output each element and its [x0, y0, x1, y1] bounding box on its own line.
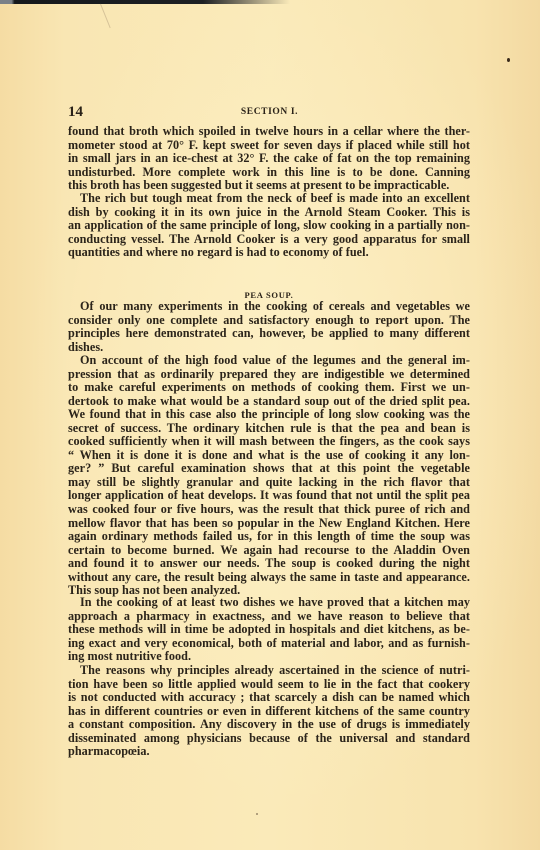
text-line: without any care, the result being alway… [68, 571, 470, 585]
text-line: We found that in this case also the prin… [68, 408, 470, 422]
text-line: an application of the same principle of … [68, 219, 470, 233]
text-line: undisturbed. More complete work in this … [68, 166, 470, 180]
text-line: ing exact and very economical, both of m… [68, 637, 470, 651]
text-line: again ordinary methods failed us, for in… [68, 530, 470, 544]
text-line: longer application of heat develops. It … [68, 489, 470, 503]
text-line: On account of the high food value of the… [68, 354, 470, 368]
paragraph-pharmacy: In the cooking of at least two dishes we… [68, 596, 470, 664]
text-line: in small jars in an ice-chest at 32° F. … [68, 152, 470, 166]
text-line: dertook to make what would be a standard… [68, 395, 470, 409]
paragraph-neck-of-beef: The rich but tough meat from the neck of… [68, 192, 470, 260]
text-line: consider only one complete and satisfact… [68, 314, 470, 328]
text-line: cooked sufficiently when it will mash be… [68, 435, 470, 449]
text-line: these methods will in time be adopted in… [68, 623, 470, 637]
text-line: secret of success. The ordinary kitchen … [68, 422, 470, 436]
scanned-book-page: 14 SECTION I. found that broth which spo… [0, 0, 540, 850]
text-line: conducting vessel. The Arnold Cooker is … [68, 233, 470, 247]
text-line: principles here demonstrated can, howeve… [68, 327, 470, 341]
paper-speck [507, 58, 510, 62]
paragraph-experiments: Of our many experiments in the cooking o… [68, 300, 470, 354]
paragraph-legumes: On account of the high food value of the… [68, 354, 470, 598]
text-line: mellow flavor that has been so popular i… [68, 517, 470, 531]
text-line: to make careful experiments on methods o… [68, 381, 470, 395]
paragraph-reasons: The reasons why principles already ascer… [68, 664, 470, 759]
text-line: approach a pharmacy in exactness, and we… [68, 610, 470, 624]
section-title: SECTION I. [68, 107, 471, 117]
text-line: disseminated among physicians because of… [68, 732, 470, 746]
text-line: The rich but tough meat from the neck of… [68, 192, 470, 206]
text-line: In the cooking of at least two dishes we… [68, 596, 470, 610]
text-line: mometer stood at 70° F. kept sweet for s… [68, 139, 470, 153]
text-line: and found it to answer our needs. The so… [68, 557, 470, 571]
text-line: The reasons why principles already ascer… [68, 664, 470, 678]
text-line: “ When it is done it is done and what is… [68, 449, 470, 463]
text-line: is not conducted with accuracy ; that sc… [68, 691, 470, 705]
paragraph-broth-continued: found that broth which spoiled in twelve… [68, 125, 470, 193]
text-line: may still be slightly granular and quite… [68, 476, 470, 490]
running-head: 14 SECTION I. [68, 104, 471, 120]
text-line: tion have been so little applied would s… [68, 678, 470, 692]
text-line: pression that as ordinarily prepared the… [68, 368, 470, 382]
text-line: Of our many experiments in the cooking o… [68, 300, 470, 314]
text-line: certain to become burned. We again had r… [68, 544, 470, 558]
paper-crease [100, 4, 111, 28]
text-line: ger? ” But careful examination shows tha… [68, 462, 470, 476]
paper-speck [256, 813, 258, 815]
text-line: a constant composition. Any discovery in… [68, 718, 470, 732]
text-line: found that broth which spoiled in twelve… [68, 125, 470, 139]
text-line: has in different countries or even in di… [68, 705, 470, 719]
text-line: quantities and where no regard is had to… [68, 246, 470, 260]
text-line: pharmacopœia. [68, 745, 470, 759]
text-line: was cooked four or five hours, was the r… [68, 503, 470, 517]
text-line: ing most nutritive food. [68, 650, 470, 664]
scan-edge-band [0, 0, 290, 4]
text-line: dish by cooking it in its own juice in t… [68, 206, 470, 220]
